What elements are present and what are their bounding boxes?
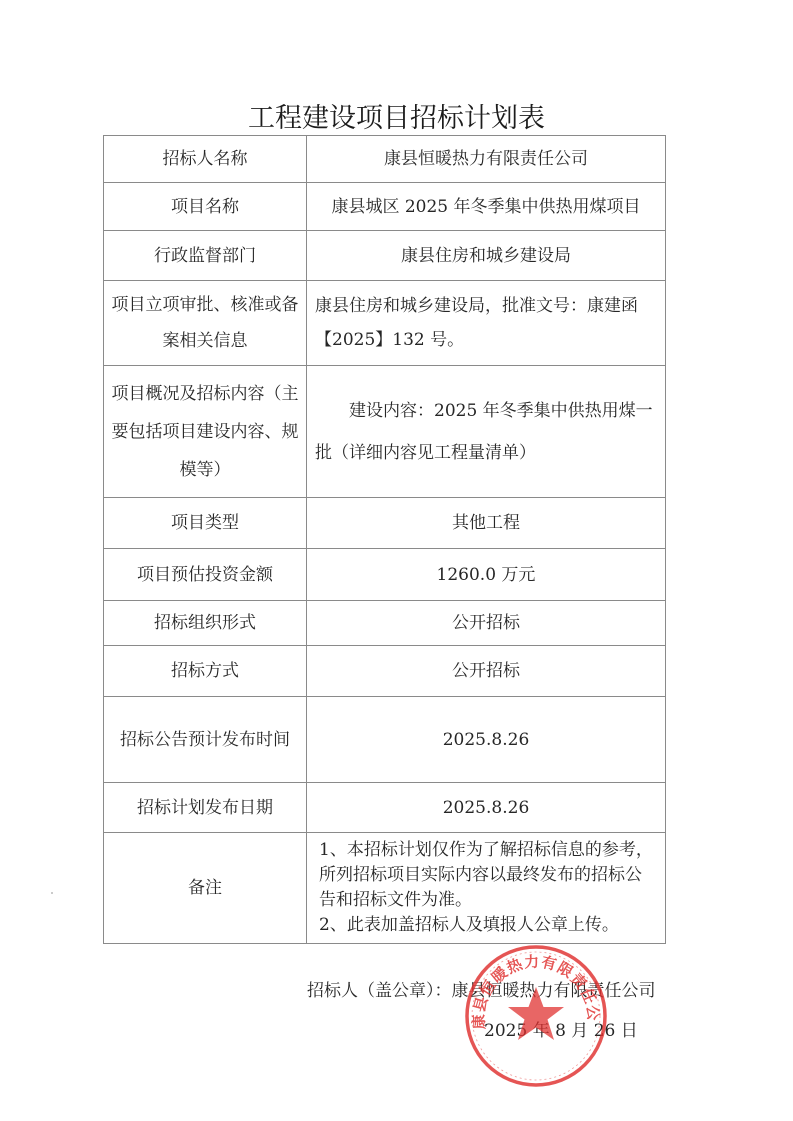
scan-speck xyxy=(51,892,53,894)
table-row-estimated-investment: 项目预估投资金额 1260.0 万元 xyxy=(104,549,666,601)
remark-line: 所列招标项目实际内容以最终发布的招标公 xyxy=(319,863,655,888)
document-title: 工程建设项目招标计划表 xyxy=(0,96,793,135)
table-row-project-overview: 项目概况及招标内容（主要包括项目建设内容、规模等） 建设内容：2025 年冬季集… xyxy=(104,366,666,498)
remark-line: 2、此表加盖招标人及填报人公章上传。 xyxy=(319,913,655,938)
row-value: 其他工程 xyxy=(307,498,666,549)
table-row-bidder-name: 招标人名称 康县恒暖热力有限责任公司 xyxy=(104,136,666,183)
row-label: 项目立项审批、核准或备案相关信息 xyxy=(104,281,307,366)
row-value: 康县恒暖热力有限责任公司 xyxy=(307,136,666,183)
row-label: 招标计划发布日期 xyxy=(104,783,307,833)
signature-date: 2025 年 8 月 26 日 xyxy=(484,1016,638,1041)
row-label: 招标方式 xyxy=(104,646,307,697)
table-row-supervision-dept: 行政监督部门 康县住房和城乡建设局 xyxy=(104,231,666,281)
table-row-organization-form: 招标组织形式 公开招标 xyxy=(104,601,666,646)
table-row-project-type: 项目类型 其他工程 xyxy=(104,498,666,549)
row-value: 康县住房和城乡建设局，批准文号：康建函【2025】132 号。 xyxy=(307,281,666,366)
row-value: 建设内容：2025 年冬季集中供热用煤一批（详细内容见工程量清单） xyxy=(307,366,666,498)
remark-line: 1、本招标计划仅作为了解招标信息的参考， xyxy=(319,838,655,863)
row-label: 招标人名称 xyxy=(104,136,307,183)
row-value: 公开招标 xyxy=(307,646,666,697)
row-value: 2025.8.26 xyxy=(307,697,666,783)
row-value: 康县住房和城乡建设局 xyxy=(307,231,666,281)
row-label: 行政监督部门 xyxy=(104,231,307,281)
row-value: 公开招标 xyxy=(307,601,666,646)
row-label: 项目名称 xyxy=(104,183,307,231)
table-row-approval-info: 项目立项审批、核准或备案相关信息 康县住房和城乡建设局，批准文号：康建函【202… xyxy=(104,281,666,366)
row-label: 招标组织形式 xyxy=(104,601,307,646)
remark-line: 告和招标文件为准。 xyxy=(319,888,655,913)
row-label: 项目类型 xyxy=(104,498,307,549)
row-value: 1260.0 万元 xyxy=(307,549,666,601)
row-label: 项目概况及招标内容（主要包括项目建设内容、规模等） xyxy=(104,366,307,498)
table-row-project-name: 项目名称 康县城区 2025 年冬季集中供热用煤项目 xyxy=(104,183,666,231)
bidding-plan-table: 招标人名称 康县恒暖热力有限责任公司 项目名称 康县城区 2025 年冬季集中供… xyxy=(103,135,666,944)
row-label: 招标公告预计发布时间 xyxy=(104,697,307,783)
table-row-bidding-method: 招标方式 公开招标 xyxy=(104,646,666,697)
table-row-plan-release-date: 招标计划发布日期 2025.8.26 xyxy=(104,783,666,833)
remarks-value: 1、本招标计划仅作为了解招标信息的参考， 所列招标项目实际内容以最终发布的招标公… xyxy=(307,833,666,944)
table-row-announcement-time: 招标公告预计发布时间 2025.8.26 xyxy=(104,697,666,783)
row-label: 备注 xyxy=(104,833,307,944)
table-row-remarks: 备注 1、本招标计划仅作为了解招标信息的参考， 所列招标项目实际内容以最终发布的… xyxy=(104,833,666,944)
row-value: 康县城区 2025 年冬季集中供热用煤项目 xyxy=(307,183,666,231)
row-label: 项目预估投资金额 xyxy=(104,549,307,601)
signature-line: 招标人（盖公章）：康县恒暖热力有限责任公司 xyxy=(307,976,656,1001)
row-value: 2025.8.26 xyxy=(307,783,666,833)
